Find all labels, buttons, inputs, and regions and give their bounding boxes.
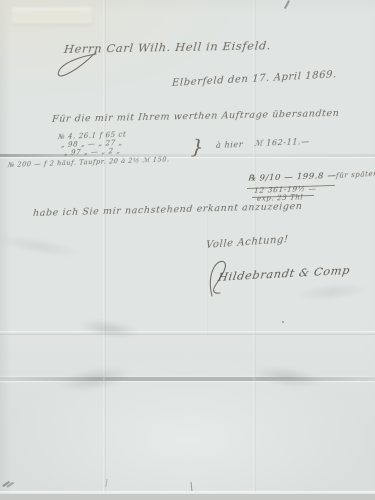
paper-wrinkle [57, 362, 134, 397]
amount-row-4: № 200 — f 2 häuf. Taufpr. 20 à 2½ ℳ 150. [8, 155, 170, 169]
amounts-brace: } [190, 134, 205, 159]
paper-wrinkle [77, 316, 141, 342]
addressee-line: Herrn Carl Wilh. Hell in Eisfeld. [63, 38, 271, 56]
ink-speck [282, 321, 284, 323]
body-line-1: Für die mir mit Ihrem werthen Auftrage ü… [52, 108, 340, 125]
paper-wrinkle [251, 362, 323, 392]
scanned-letter-page: Herrn Carl Wilh. Hell in Eisfeld. Elberf… [0, 0, 375, 500]
sum-line-2: ℞ 9/10 — 199.8 — [248, 171, 337, 184]
sum-line-1: ℳ 162-11.— [254, 137, 310, 148]
paper-wrinkle [0, 230, 85, 262]
ink-speck [2, 481, 9, 487]
closing-line: Volle Achtung! [206, 234, 289, 251]
ink-speck [284, 0, 290, 9]
body-line-2: habe ich Sie mir nachstehend erkannt anz… [33, 201, 303, 219]
scan-background-strip [0, 494, 375, 500]
fold-horizontal-upper [0, 154, 375, 157]
paper-wrinkle [295, 280, 368, 303]
letter-sheet: Herrn Carl Wilh. Hell in Eisfeld. Elberf… [0, 0, 375, 500]
ink-speck [105, 479, 108, 487]
embossed-stamp-mark [12, 8, 92, 24]
fold-horizontal-middle [0, 331, 375, 335]
a-hier-label: à hier [216, 140, 244, 150]
note-later: für später [336, 170, 375, 180]
ink-speck [191, 482, 193, 491]
